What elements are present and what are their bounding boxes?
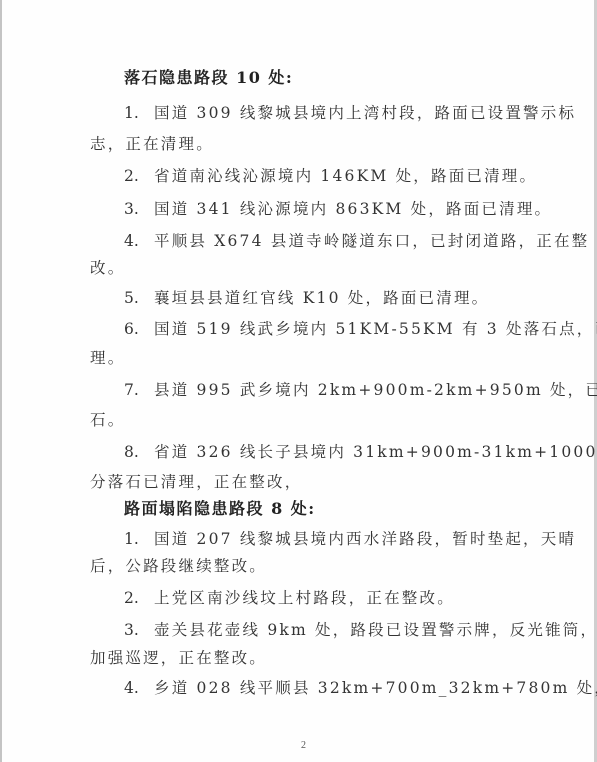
item-text: 国道 309 线黎城县境内上湾村段，路面已设置警示标: [154, 104, 576, 122]
item-continuation: 改。: [90, 258, 125, 278]
item-text: 壶关县花壶线 9km 处，路段已设置警示牌，反光锥筒，: [154, 621, 597, 639]
item-number: 3.: [124, 620, 154, 640]
section-heading-rockfall: 落石隐患路段 10 处:: [124, 68, 293, 88]
list-item: 4.乡道 028 线平顺县 32km+700m_32km+780m 处，在该隐: [124, 678, 597, 698]
item-text: 国道 519 线武乡境内 51KM-55KM 有 3 处落石点，已清: [154, 320, 597, 338]
item-continuation: 加强巡逻，正在整改。: [90, 648, 267, 668]
document-page: 落石隐患路段 10 处: 1.国道 309 线黎城县境内上湾村段，路面已设置警示…: [0, 0, 597, 762]
item-number: 6.: [124, 319, 154, 339]
item-number: 4.: [124, 678, 154, 698]
page-number: 2: [301, 740, 306, 751]
item-number: 3.: [124, 199, 154, 219]
item-text: 平顺县 X674 县道寺岭隧道东口，已封闭道路，正在整: [154, 232, 589, 250]
list-item: 7.县道 995 武乡境内 2km+900m-2km+950m 处，已清理落: [124, 380, 597, 400]
section-heading-collapse: 路面塌陷隐患路段 8 处:: [124, 499, 316, 519]
list-item: 3.国道 341 线沁源境内 863KM 处，路面已清理。: [124, 199, 552, 219]
list-item: 1.国道 207 线黎城县境内西水洋路段，暂时垫起，天晴: [124, 529, 576, 549]
item-continuation: 石。: [90, 410, 125, 430]
list-item: 6.国道 519 线武乡境内 51KM-55KM 有 3 处落石点，已清: [124, 319, 597, 339]
item-text: 县道 995 武乡境内 2km+900m-2km+950m 处，已清理落: [154, 381, 597, 399]
item-text: 襄垣县县道红官线 K10 处，路面已清理。: [154, 289, 489, 307]
list-item: 4.平顺县 X674 县道寺岭隧道东口，已封闭道路，正在整: [124, 231, 589, 251]
item-number: 4.: [124, 231, 154, 251]
item-text: 省道 326 线长子县境内 31km+900m-31km+1000m 处，部: [154, 443, 597, 461]
item-number: 1.: [124, 529, 154, 549]
item-text: 乡道 028 线平顺县 32km+700m_32km+780m 处，在该隐: [154, 679, 597, 697]
item-number: 2.: [124, 588, 154, 608]
item-number: 1.: [124, 103, 154, 123]
item-number: 2.: [124, 166, 154, 186]
item-text: 国道 341 线沁源境内 863KM 处，路面已清理。: [154, 200, 552, 218]
item-text: 上党区南沙线坟上村路段，正在整改。: [154, 589, 455, 607]
item-text: 省道南沁线沁源境内 146KM 处，路面已清理。: [154, 167, 537, 185]
item-continuation: 志，正在清理。: [90, 134, 214, 154]
list-item: 1.国道 309 线黎城县境内上湾村段，路面已设置警示标: [124, 103, 576, 123]
item-number: 8.: [124, 442, 154, 462]
item-continuation: 后，公路段继续整改。: [90, 556, 267, 576]
list-item: 5.襄垣县县道红官线 K10 处，路面已清理。: [124, 288, 489, 308]
item-continuation: 分落石已清理，正在整改，: [90, 472, 302, 492]
list-item: 2.省道南沁线沁源境内 146KM 处，路面已清理。: [124, 166, 537, 186]
item-continuation: 理。: [90, 348, 125, 368]
item-number: 5.: [124, 288, 154, 308]
item-text: 国道 207 线黎城县境内西水洋路段，暂时垫起，天晴: [154, 530, 576, 548]
list-item: 3.壶关县花壶线 9km 处，路段已设置警示牌，反光锥筒，: [124, 620, 597, 640]
list-item: 2.上党区南沙线坟上村路段，正在整改。: [124, 588, 455, 608]
item-number: 7.: [124, 380, 154, 400]
list-item: 8.省道 326 线长子县境内 31km+900m-31km+1000m 处，部: [124, 442, 597, 462]
